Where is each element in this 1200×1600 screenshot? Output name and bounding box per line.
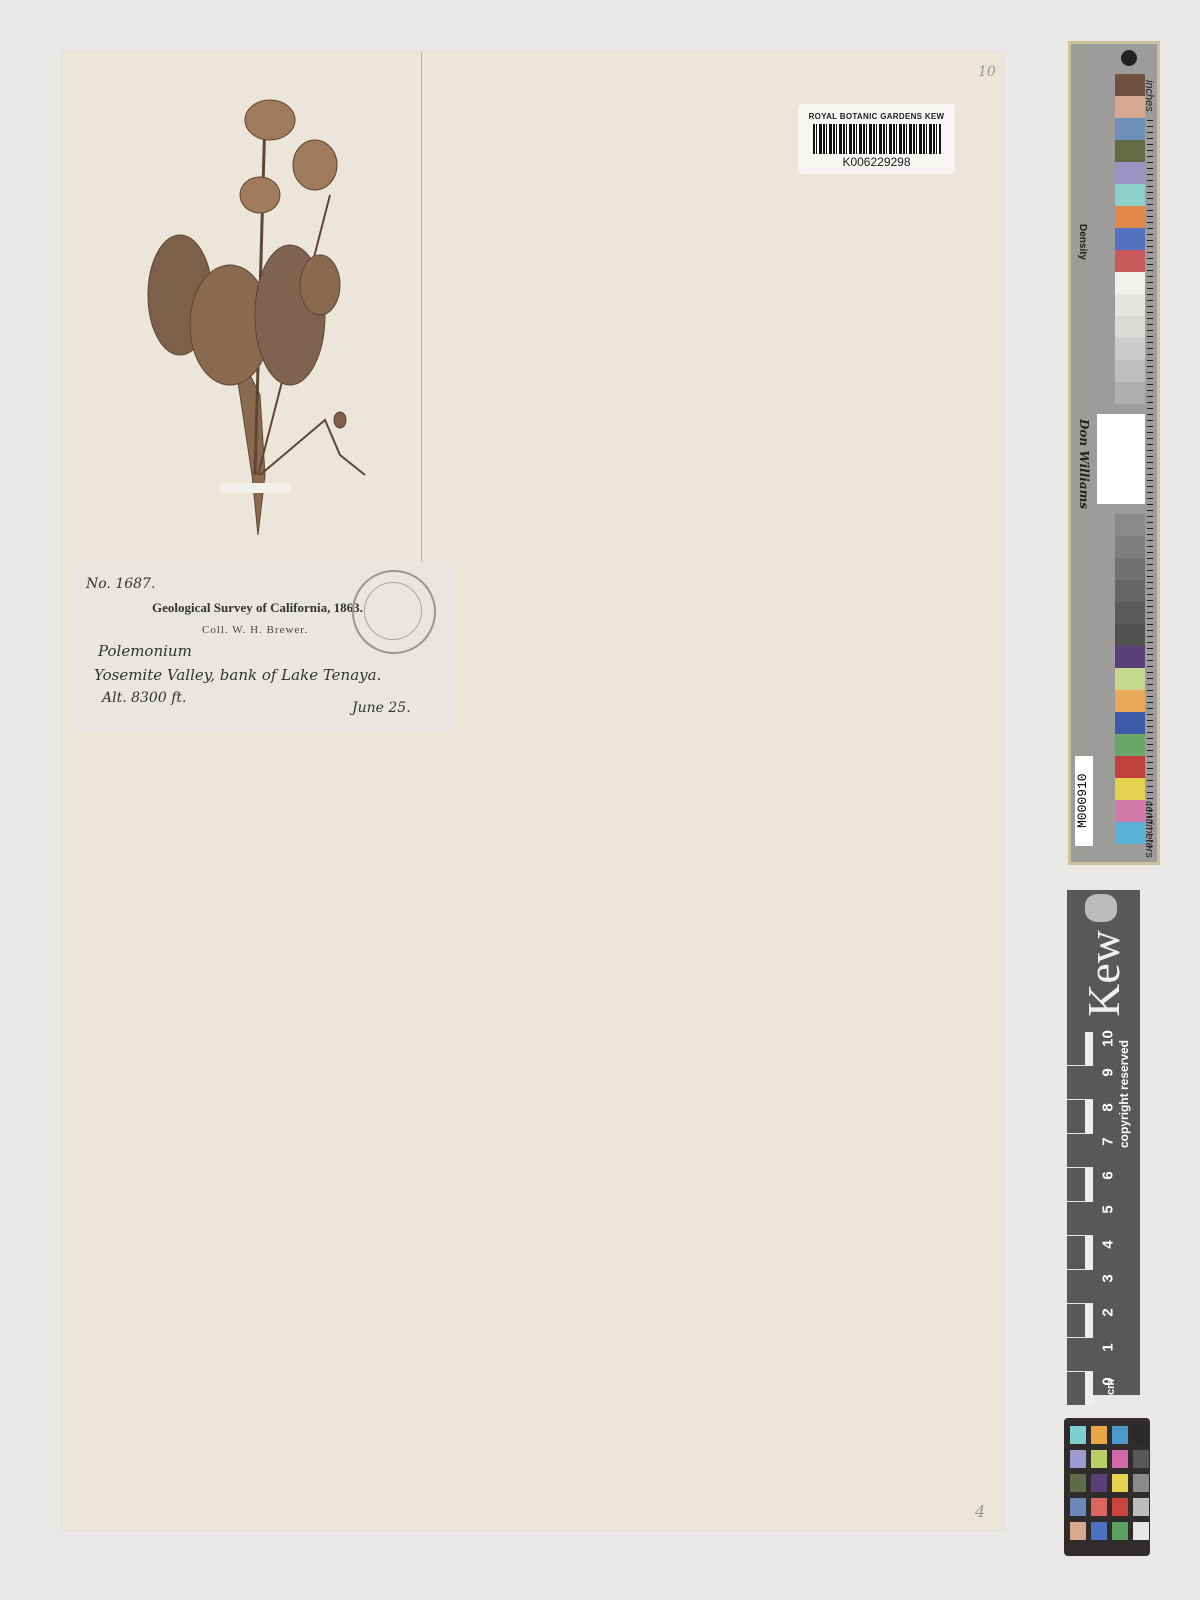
- color-swatch: [1115, 316, 1145, 338]
- color-swatch: [1115, 536, 1145, 558]
- scale-number: 9: [1100, 1064, 1117, 1082]
- color-swatch: [1115, 118, 1145, 140]
- checker-swatch: [1070, 1450, 1086, 1468]
- color-swatch: [1115, 624, 1145, 646]
- locality: Yosemite Valley, bank of Lake Tenaya.: [94, 666, 381, 684]
- checker-swatch: [1070, 1522, 1086, 1540]
- checker-swatch: [1070, 1474, 1086, 1492]
- scale-number: 2: [1100, 1304, 1117, 1322]
- color-swatch: [1115, 294, 1145, 316]
- scale-number: 5: [1100, 1201, 1117, 1219]
- color-swatch: [1115, 690, 1145, 712]
- institution-name: ROYAL BOTANIC GARDENS KEW: [798, 112, 955, 121]
- color-swatches-bottom: [1115, 514, 1145, 844]
- color-swatch: [1115, 756, 1145, 778]
- checker-swatch: [1091, 1474, 1107, 1492]
- color-checker-card: [1064, 1418, 1150, 1556]
- color-swatch: [1115, 734, 1145, 756]
- scale-number: 6: [1100, 1167, 1117, 1185]
- ruler-target-panel: [1097, 414, 1145, 504]
- barcode-label: ROYAL BOTANIC GARDENS KEW K006229298: [798, 104, 955, 174]
- checker-swatch: [1133, 1474, 1149, 1492]
- unit-label: cm: [1105, 1379, 1117, 1395]
- color-swatch: [1115, 184, 1145, 206]
- barcode-icon: [813, 124, 941, 154]
- checker-swatch: [1091, 1450, 1107, 1468]
- color-swatch: [1115, 206, 1145, 228]
- color-swatch: [1115, 822, 1145, 844]
- color-swatch: [1115, 514, 1145, 536]
- color-density-ruler: inches Density Don Williams M000910 cent…: [1068, 41, 1160, 865]
- scale-blocks: [1067, 1032, 1093, 1392]
- color-swatch: [1115, 140, 1145, 162]
- altitude: Alt. 8300 ft.: [102, 690, 186, 706]
- ruler-hole-top: [1121, 50, 1137, 66]
- color-swatch: [1115, 272, 1145, 294]
- checker-swatch: [1070, 1498, 1086, 1516]
- collection-date: June 25.: [352, 700, 411, 716]
- scale-number: 10: [1100, 1030, 1117, 1048]
- kew-logo: Kew: [1077, 930, 1130, 1017]
- barcode-number: K006229298: [798, 155, 955, 169]
- scale-number: 4: [1100, 1235, 1117, 1253]
- scale-number: 7: [1100, 1132, 1117, 1150]
- kew-crest-icon: [1085, 894, 1117, 922]
- genus-name: Polemonium: [98, 642, 192, 660]
- ruler-brand: Don Williams: [1077, 419, 1091, 509]
- color-swatch: [1115, 250, 1145, 272]
- kew-stamp-icon: [352, 570, 436, 654]
- copyright-text: copyright reserved: [1117, 1040, 1131, 1148]
- color-swatch: [1115, 580, 1145, 602]
- checker-swatch: [1133, 1450, 1149, 1468]
- survey-title: Geological Survey of California, 1863.: [152, 600, 363, 616]
- ruler-serial: M000910: [1075, 756, 1093, 846]
- scale-numbers: 012345678910: [1099, 1030, 1117, 1390]
- pressed-plant-specimen: [140, 95, 380, 545]
- scale-number: 3: [1100, 1270, 1117, 1288]
- color-swatch: [1115, 338, 1145, 360]
- checker-swatch: [1112, 1426, 1128, 1444]
- checker-swatch: [1091, 1426, 1107, 1444]
- checker-swatch: [1133, 1522, 1149, 1540]
- color-swatch: [1115, 360, 1145, 382]
- color-swatch: [1115, 162, 1145, 184]
- color-swatches-top: [1115, 74, 1145, 404]
- checker-swatch: [1112, 1498, 1128, 1516]
- scale-number: 1: [1100, 1338, 1117, 1356]
- checker-swatch: [1112, 1522, 1128, 1540]
- ruler-ticks: [1147, 120, 1153, 852]
- centimeters-label: centimeters: [1143, 801, 1155, 858]
- collector-name: Coll. W. H. Brewer.: [202, 624, 308, 636]
- checker-swatch: [1070, 1426, 1086, 1444]
- collection-label: No. 1687. Geological Survey of Californi…: [72, 562, 456, 732]
- checker-swatch: [1133, 1498, 1149, 1516]
- color-swatch: [1115, 558, 1145, 580]
- color-swatch: [1115, 778, 1145, 800]
- checker-swatch: [1112, 1450, 1128, 1468]
- color-swatch: [1115, 646, 1145, 668]
- color-swatch: [1115, 602, 1145, 624]
- corner-mark-bottom: 4: [975, 1502, 985, 1521]
- color-swatch: [1115, 96, 1145, 118]
- checker-swatch: [1133, 1426, 1149, 1444]
- collection-number: No. 1687.: [86, 576, 155, 592]
- color-swatch: [1115, 668, 1145, 690]
- color-swatch: [1115, 712, 1145, 734]
- checker-swatch: [1112, 1474, 1128, 1492]
- corner-mark-top: 10: [978, 64, 996, 80]
- kew-scale-bar: Kew 012345678910 copyright reserved cm: [1067, 890, 1140, 1395]
- scale-number: 8: [1100, 1098, 1117, 1116]
- checker-swatch: [1091, 1522, 1107, 1540]
- density-label: Density: [1077, 224, 1088, 260]
- color-swatch: [1115, 228, 1145, 250]
- color-swatch: [1115, 74, 1145, 96]
- checker-swatch: [1091, 1498, 1107, 1516]
- color-swatch: [1115, 382, 1145, 404]
- color-swatch: [1115, 800, 1145, 822]
